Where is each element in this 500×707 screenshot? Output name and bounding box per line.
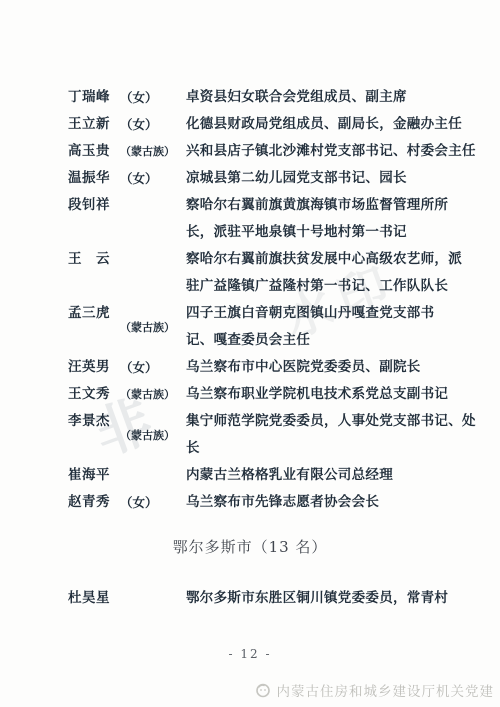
person-name: 丁瑞峰 <box>68 84 120 111</box>
person-name: 王 云 <box>68 246 120 273</box>
list-item: 温振华 （女） 凉城县第二幼儿园党支部书记、园长 <box>0 165 500 192</box>
list-item: 杜昊星 鄂尔多斯市东胜区铜川镇党委委员，常青村 <box>0 585 500 612</box>
person-tag: （蒙古族） <box>120 314 186 341</box>
list-item: 汪英男 （女） 乌兰察布市中心医院党委委员、副院长 <box>0 354 500 381</box>
person-title: 乌兰察布市中心医院党委委员、副院长 <box>186 354 490 381</box>
list-item: 王 云 察哈尔右翼前旗扶贫发展中心高级农艺师，派 驻广益隆镇广益隆村第一书记、工… <box>0 246 500 300</box>
list-item: 高玉贵 （蒙古族） 兴和县店子镇北沙滩村党支部书记、村委会主任 <box>0 138 500 165</box>
person-tag: （蒙古族） <box>120 422 186 449</box>
section-header: 鄂尔多斯市（13 名） <box>0 534 500 561</box>
person-title: 乌兰察布职业学院机电技术系党总支副书记 <box>186 381 490 408</box>
person-name: 王立新 <box>68 111 120 138</box>
person-tag: （蒙古族） <box>120 138 186 165</box>
list-item: 王文秀 （蒙古族） 乌兰察布职业学院机电技术系党总支副书记 <box>0 381 500 408</box>
person-title: 乌兰察布市先锋志愿者协会会长 <box>186 489 490 516</box>
person-name: 温振华 <box>68 165 120 192</box>
person-title: 察哈尔右翼前旗黄旗海镇市场监督管理所所 长，派驻平地泉镇十号地村第一书记 <box>186 192 490 246</box>
person-name: 王文秀 <box>68 381 120 408</box>
list-item: 李景杰 （蒙古族） 集宁师范学院党委委员，人事处党支部书记、处 长 <box>0 408 500 462</box>
list-item: 赵青秀 （女） 乌兰察布市先锋志愿者协会会长 <box>0 489 500 516</box>
person-name: 赵青秀 <box>68 489 120 516</box>
person-title: 四子王旗白音朝克图镇山丹嘎查党支部书 记、嘎查委员会主任 <box>186 300 490 354</box>
person-title: 鄂尔多斯市东胜区铜川镇党委委员，常青村 <box>186 585 490 612</box>
person-tag: （女） <box>120 111 186 138</box>
person-title: 集宁师范学院党委委员，人事处党支部书记、处 长 <box>186 408 490 462</box>
person-tag: （女） <box>120 354 186 381</box>
person-name: 孟三虎 <box>68 300 120 327</box>
list-item: 段钊祥 察哈尔右翼前旗黄旗海镇市场监督管理所所 长，派驻平地泉镇十号地村第一书记 <box>0 192 500 246</box>
brand-text: 内蒙古住房和城乡建设厅机关党建 <box>277 680 495 700</box>
official-account-watermark: 内蒙古住房和城乡建设厅机关党建 <box>255 680 495 700</box>
person-name: 杜昊星 <box>68 585 120 612</box>
person-title: 内蒙古兰格格乳业有限公司总经理 <box>186 462 490 489</box>
person-name: 汪英男 <box>68 354 120 381</box>
list-item: 王立新 （女） 化德县财政局党组成员、副局长，金融办主任 <box>0 111 500 138</box>
person-name: 崔海平 <box>68 462 120 489</box>
person-name: 高玉贵 <box>68 138 120 165</box>
person-title: 兴和县店子镇北沙滩村党支部书记、村委会主任 <box>186 138 490 165</box>
person-tag: （蒙古族） <box>120 381 186 408</box>
person-title: 卓资县妇女联合会党组成员、副主席 <box>186 84 490 111</box>
page-number: - 12 - <box>0 647 500 661</box>
person-tag: （女） <box>120 84 186 111</box>
document-page: 非 水印 丁瑞峰 （女） 卓资县妇女联合会党组成员、副主席 王立新 （女） 化德… <box>0 0 500 707</box>
person-title: 凉城县第二幼儿园党支部书记、园长 <box>186 165 490 192</box>
list-item: 丁瑞峰 （女） 卓资县妇女联合会党组成员、副主席 <box>0 84 500 111</box>
person-title: 化德县财政局党组成员、副局长，金融办主任 <box>186 111 490 138</box>
person-tag: （女） <box>120 165 186 192</box>
person-tag: （女） <box>120 489 186 516</box>
official-account-logo-icon <box>255 682 271 698</box>
list-item: 孟三虎 （蒙古族） 四子王旗白音朝克图镇山丹嘎查党支部书 记、嘎查委员会主任 <box>0 300 500 354</box>
person-name: 李景杰 <box>68 408 120 435</box>
honoree-list: 丁瑞峰 （女） 卓资县妇女联合会党组成员、副主席 王立新 （女） 化德县财政局党… <box>0 84 500 661</box>
person-title: 察哈尔右翼前旗扶贫发展中心高级农艺师，派 驻广益隆镇广益隆村第一书记、工作队队长 <box>186 246 490 300</box>
person-name: 段钊祥 <box>68 192 120 219</box>
list-item: 崔海平 内蒙古兰格格乳业有限公司总经理 <box>0 462 500 489</box>
